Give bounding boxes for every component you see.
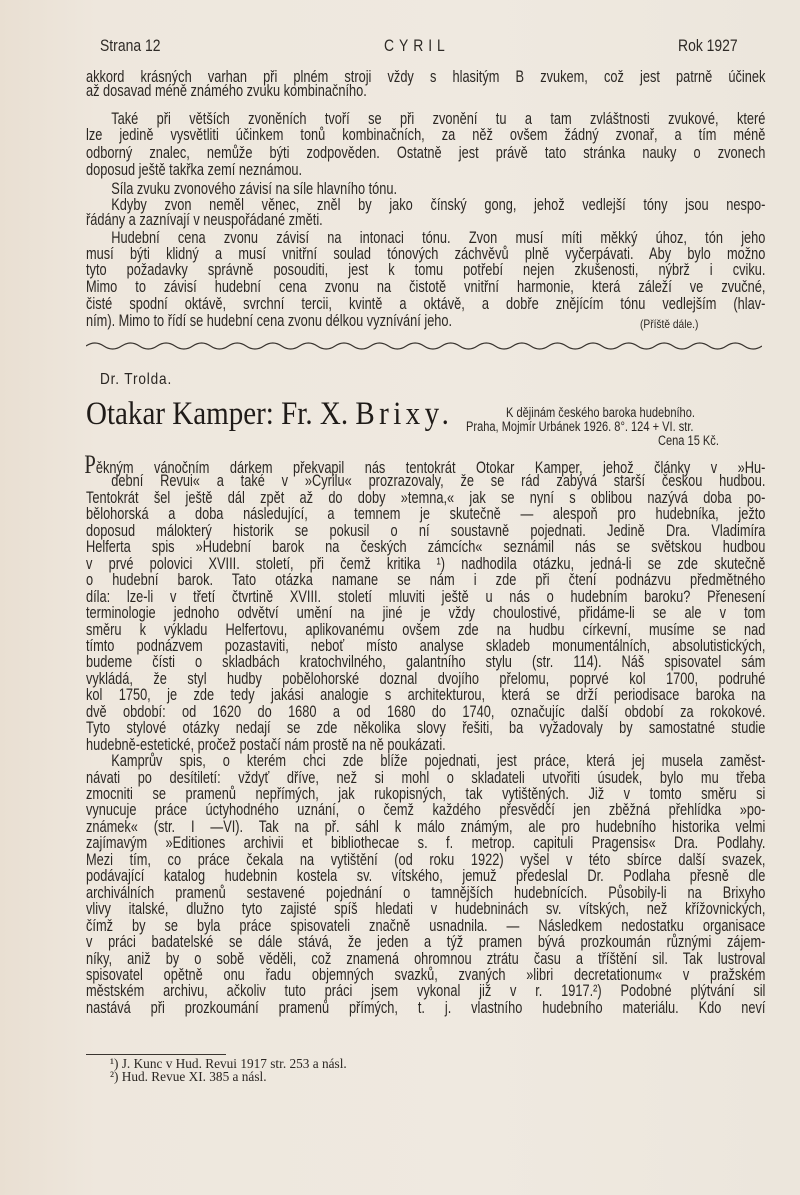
text-line: o hudební barok. Tato otázka namane se n… bbox=[86, 572, 765, 588]
text-line: městském archivu, ačkoliv tuto práci jse… bbox=[86, 983, 765, 999]
text-line: Mezi tím, co práce čekala na vytištění (… bbox=[86, 852, 765, 868]
text-line: nastává při prozkoumání pramenů přímých,… bbox=[86, 1000, 765, 1016]
text-line: Síla zvuku zvonového závisí na síle hlav… bbox=[86, 181, 765, 197]
year: Rok 1927 bbox=[678, 36, 738, 56]
text-line: čisté spodní oktávě, svrchní tercii, kvi… bbox=[86, 296, 765, 312]
text-line: čímž by se byla práce spisovateli značně… bbox=[86, 918, 765, 934]
text-line: Tyto stylové otázky nedají se zde několi… bbox=[86, 720, 765, 736]
text-line: Tentokrát šel ještě dál zpět až do doby … bbox=[86, 490, 765, 506]
text-line: návati po desítiletí: vždyť dříve, než s… bbox=[86, 770, 765, 786]
text-line: budeme čísti o skladbách kratochvilného,… bbox=[86, 654, 765, 670]
text-line: terminologie jednoho odvětví umění na ji… bbox=[86, 605, 765, 621]
text-line: bělohorská a doba následující, a temnem … bbox=[86, 506, 765, 522]
text-line: vynucuje práce úctyhodného uznání, o čem… bbox=[86, 802, 765, 818]
text-line: doposud málokterý historik se pokusil o … bbox=[86, 523, 765, 539]
review-publisher: Praha, Mojmír Urbánek 1926. 8°. 124 + VI… bbox=[466, 419, 693, 434]
text-line: v prvé polovici XVIII. století, při čemž… bbox=[86, 556, 765, 572]
text-line: hudebně-estetické, pročež postačí nám pr… bbox=[86, 737, 765, 753]
text-line: Mimo to závisí hudební cena zvonu na čis… bbox=[86, 279, 765, 295]
wave-ornament-divider bbox=[86, 340, 762, 352]
text-line: až dosavad méně známého zvuku kombinační… bbox=[86, 83, 765, 99]
text-line: doposud ještě takřka zemí neznámou. bbox=[86, 162, 765, 178]
text-line: směru k výkladu Helfertovu, aplikovanému… bbox=[86, 622, 765, 638]
page-number: Strana 12 bbox=[100, 36, 160, 56]
text-line: díla: lze-li v třetí čtvrtině XVIII. sto… bbox=[86, 589, 765, 605]
text-line: Hudební cena zvonu závisí na intonaci tó… bbox=[86, 230, 765, 246]
footnote-rule bbox=[86, 1054, 226, 1055]
review-subtitle: K dějinám českého baroka hudebního. bbox=[506, 405, 695, 420]
text-line: známek« (str. I —VI). Tak na př. sáhl k … bbox=[86, 819, 765, 835]
text-line: kol 1750, je zde tedy jakási analogie s … bbox=[86, 687, 765, 703]
text-line: dební Revui« a také v »Cyrilu« prozrazov… bbox=[86, 473, 765, 489]
text-line: odborný znalec, nemůže býti zodpověden. … bbox=[86, 145, 765, 161]
text-line: zajímavým »Editiones archivii et bibliot… bbox=[86, 835, 765, 851]
text-line: vlivy italské, dlužno tyto zajisté spíš … bbox=[86, 901, 765, 917]
review-title-author: Otakar Kamper: Fr. X. bbox=[86, 396, 355, 432]
text-line: musí býti klidný a musí vnitřní soulad t… bbox=[86, 246, 765, 262]
footnote-2: ²) Hud. Revue XI. 385 a násl. bbox=[110, 1070, 267, 1086]
text-line: řádány a zaznívají v neuspořádané změti. bbox=[86, 212, 765, 228]
text-line: v práci badatelské se dále stává, že jed… bbox=[86, 934, 765, 950]
article-author: Dr. Trolda. bbox=[100, 371, 172, 389]
text-line: lze jedině vysvětliti účinkem tonů kombi… bbox=[86, 127, 765, 143]
review-price: Cena 15 Kč. bbox=[658, 433, 719, 448]
continued-note: (Příště dále.) bbox=[640, 317, 698, 331]
text-line: tímto podnázvem pozastaviti, neboť místo… bbox=[86, 638, 765, 654]
text-line: tyto požadavky správně posouditi, jest k… bbox=[86, 262, 765, 278]
text-line: níky, aniž by o sobě věděli, což znamená… bbox=[86, 951, 765, 967]
text-line: vykládá, že styl hudby pobělohorské dozn… bbox=[86, 671, 765, 687]
journal-page: Strana 12 CYRIL Rok 1927 akkord krásných… bbox=[0, 0, 800, 1195]
review-title: Otakar Kamper: Fr. X. Brixy. bbox=[86, 396, 453, 433]
text-line: Helferta spis »Hudební barok na českých … bbox=[86, 539, 765, 555]
journal-title: CYRIL bbox=[384, 36, 450, 56]
text-line: podávající katalog hudebnin kostela sv. … bbox=[86, 868, 765, 884]
text-line: archiválních pramenů sestavené pojednání… bbox=[86, 885, 765, 901]
text-line: Kamprův spis, o kterém chci zde blíže po… bbox=[86, 753, 765, 769]
text-line: Také při větších zvoněních tvoří se při … bbox=[86, 111, 765, 127]
text-line: zmocniti se pramenů nepřímých, jak rukop… bbox=[86, 786, 765, 802]
review-title-subject: Brixy. bbox=[355, 396, 453, 432]
text-line: spisovatel opětně onu řadu objemných sva… bbox=[86, 967, 765, 983]
text-line: dvě období: od 1620 do 1680 a od 1680 do… bbox=[86, 704, 765, 720]
